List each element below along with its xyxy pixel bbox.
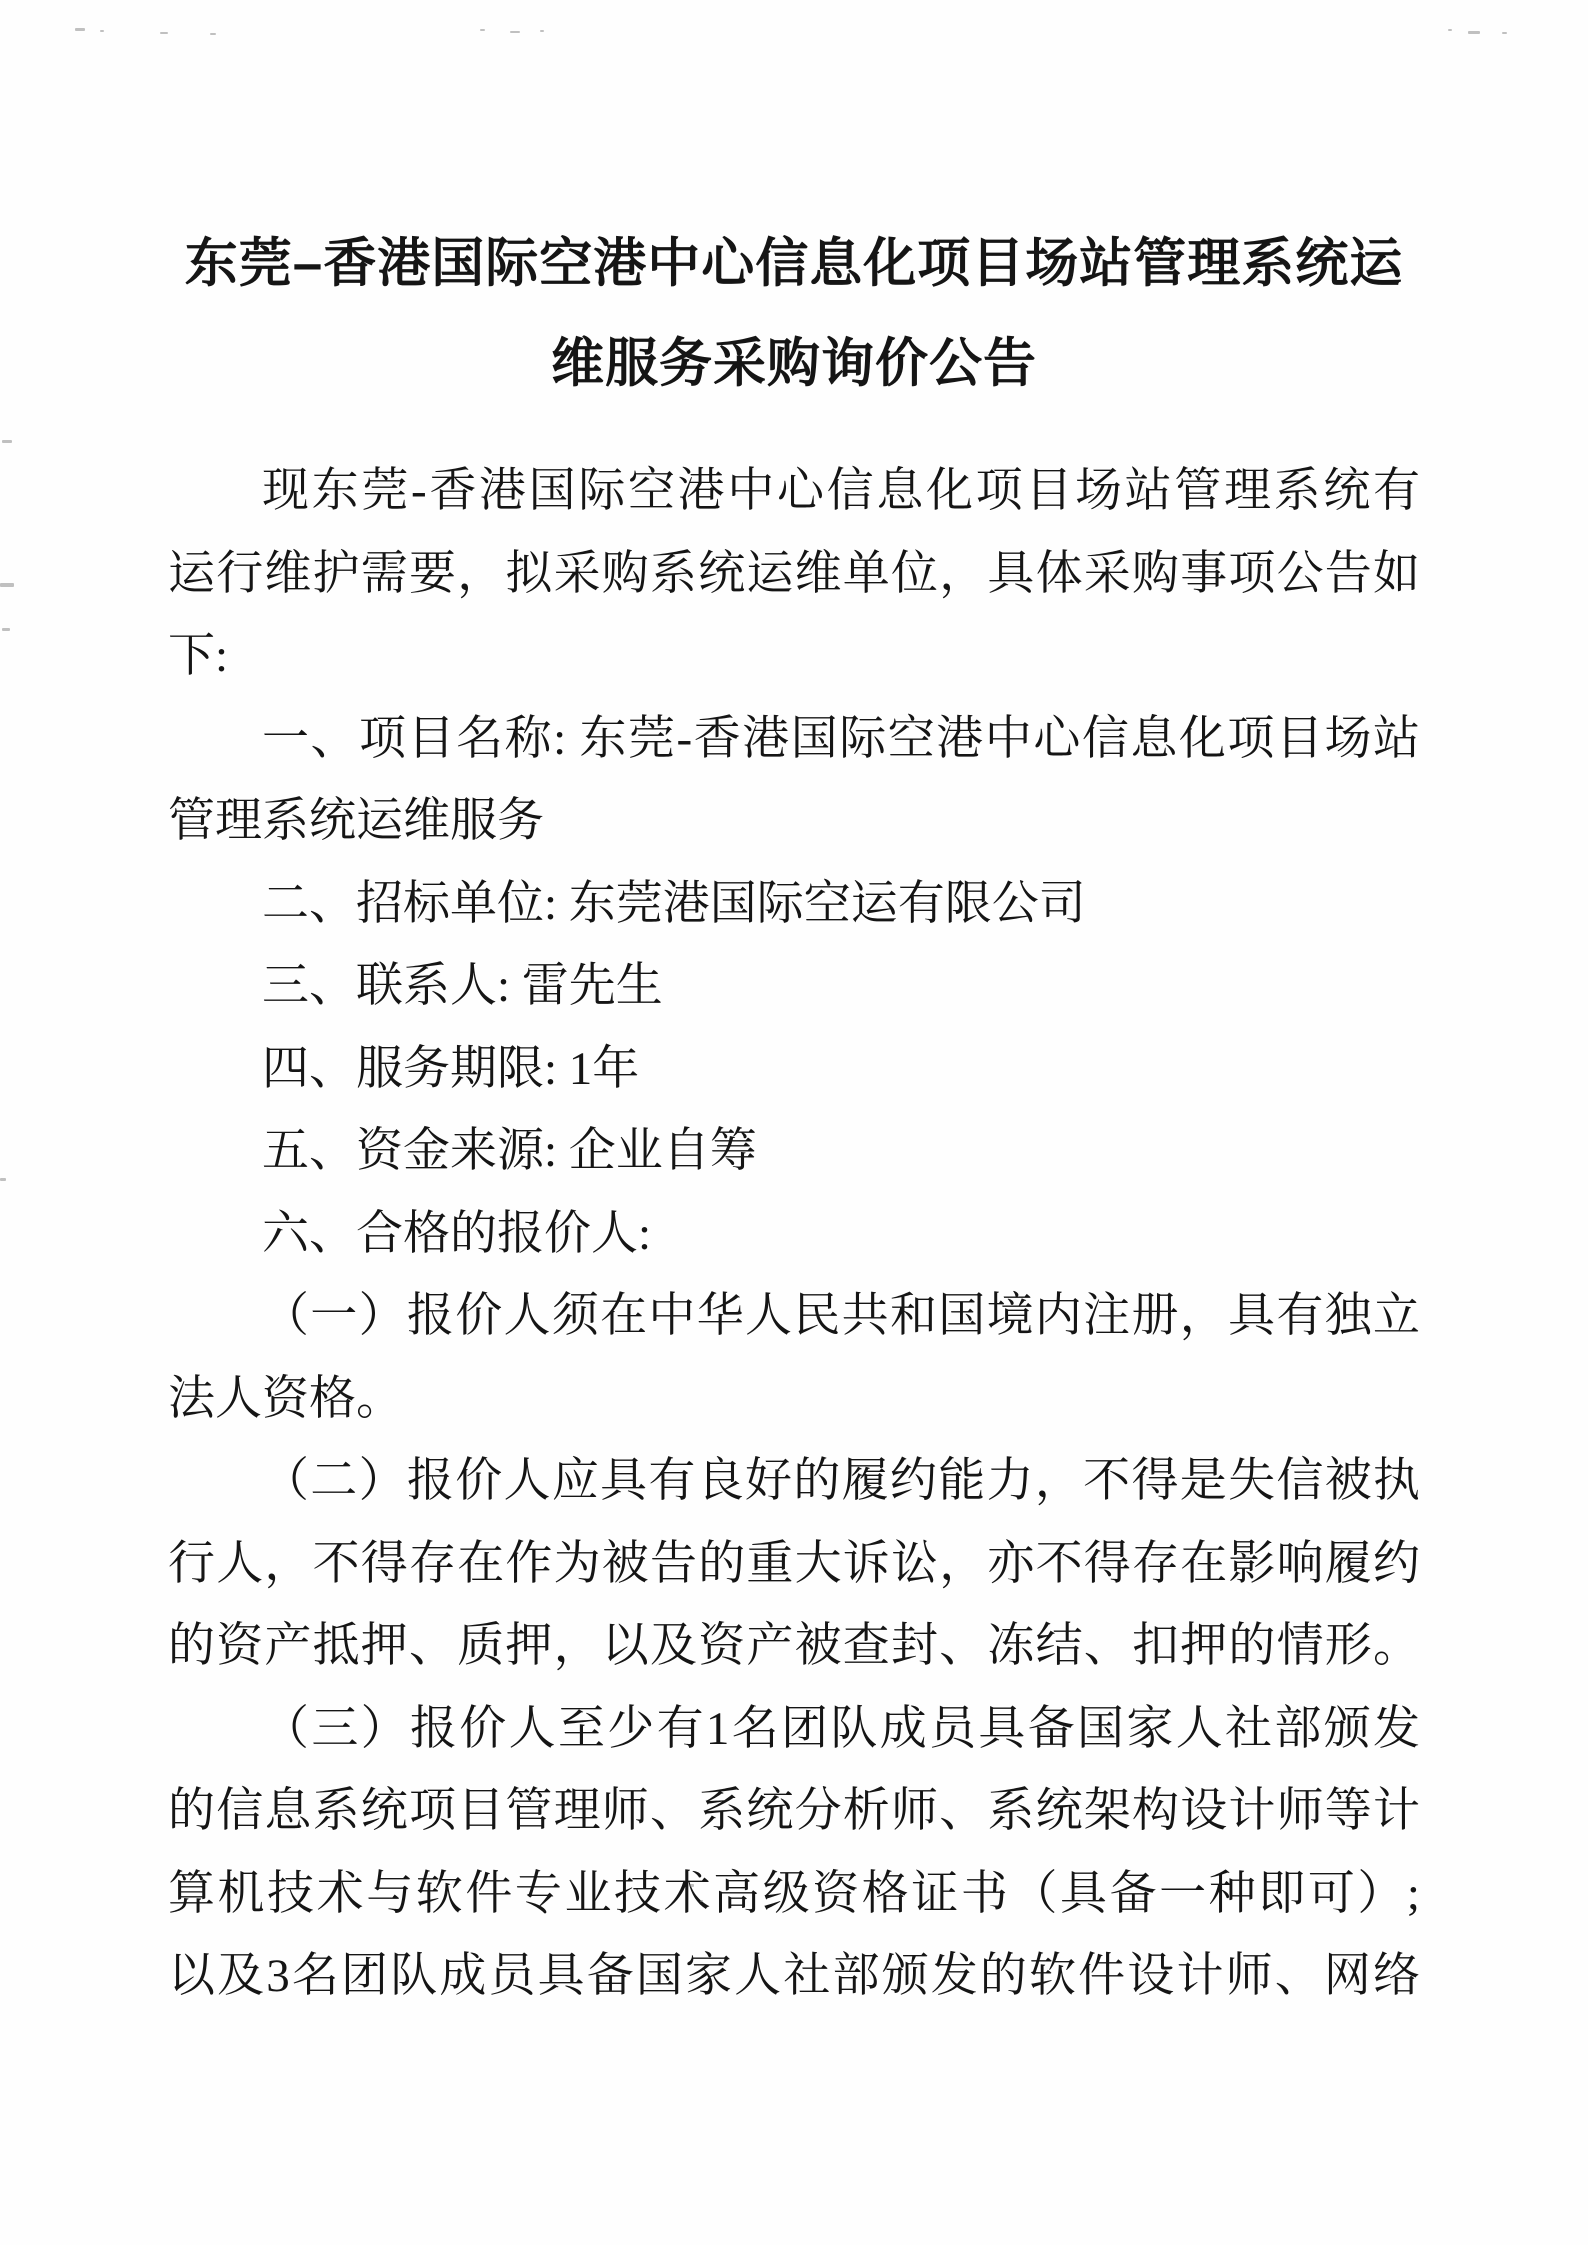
document-page: 东莞–香港国际空港中心信息化项目场站管理系统运 维服务采购询价公告 现东莞-香港… <box>0 0 1588 2245</box>
scan-artifact <box>210 33 216 35</box>
scan-artifact <box>510 31 520 33</box>
document-line: 六、合格的报价人: <box>168 1193 1420 1276</box>
scan-artifact <box>2 440 12 443</box>
title-line-1: 东莞–香港国际空港中心信息化项目场站管理系统运 <box>0 214 1588 314</box>
document-line: 五、资金来源: 企业自筹 <box>168 1110 1420 1193</box>
document-title: 东莞–香港国际空港中心信息化项目场站管理系统运 维服务采购询价公告 <box>0 0 1588 414</box>
title-line-2: 维服务采购询价公告 <box>0 314 1588 414</box>
scan-artifact <box>700 1900 703 1902</box>
document-line: 以及3名团队成员具备国家人社部颁发的软件设计师、网络 <box>168 1935 1420 2018</box>
document-line: 四、服务期限: 1年 <box>168 1028 1420 1111</box>
document-line: 的信息系统项目管理师、系统分析师、系统架构设计师等计 <box>168 1770 1420 1853</box>
document-line: 管理系统运维服务 <box>168 780 1420 863</box>
document-line: 行人，不得存在作为被告的重大诉讼，亦不得存在影响履约 <box>168 1523 1420 1606</box>
scan-artifact <box>0 583 14 587</box>
scan-artifact <box>1468 31 1480 34</box>
scan-artifact <box>540 30 544 32</box>
document-line: 的资产抵押、质押，以及资产被查封、冻结、扣押的情形。 <box>168 1605 1420 1688</box>
document-line: （一）报价人须在中华人民共和国境内注册，具有独立 <box>168 1275 1420 1358</box>
scan-artifact <box>480 29 485 31</box>
scan-artifact <box>2 628 10 631</box>
scan-artifact <box>100 30 104 32</box>
document-line: （二）报价人应具有良好的履约能力，不得是失信被执 <box>168 1440 1420 1523</box>
document-line: 二、招标单位: 东莞港国际空运有限公司 <box>168 863 1420 946</box>
scan-artifact <box>160 32 168 34</box>
scan-artifact <box>1448 29 1452 31</box>
document-line: 法人资格。 <box>168 1358 1420 1441</box>
document-body: 现东莞-香港国际空港中心信息化项目场站管理系统有运行维护需要，拟采购系统运维单位… <box>168 450 1420 2018</box>
document-line: 三、联系人: 雷先生 <box>168 945 1420 1028</box>
document-line: 一、项目名称: 东莞-香港国际空港中心信息化项目场站 <box>168 698 1420 781</box>
document-line: 算机技术与软件专业技术高级资格证书（具备一种即可）; <box>168 1853 1420 1936</box>
scan-artifact <box>0 1178 6 1181</box>
scan-artifact <box>690 1884 694 1887</box>
scan-artifact <box>1502 32 1507 34</box>
document-line: 下: <box>168 615 1420 698</box>
document-line: 现东莞-香港国际空港中心信息化项目场站管理系统有 <box>168 450 1420 533</box>
document-line: 运行维护需要，拟采购系统运维单位，具体采购事项公告如 <box>168 533 1420 616</box>
scan-artifact <box>75 28 85 31</box>
document-line: （三）报价人至少有1名团队成员具备国家人社部颁发 <box>168 1688 1420 1771</box>
